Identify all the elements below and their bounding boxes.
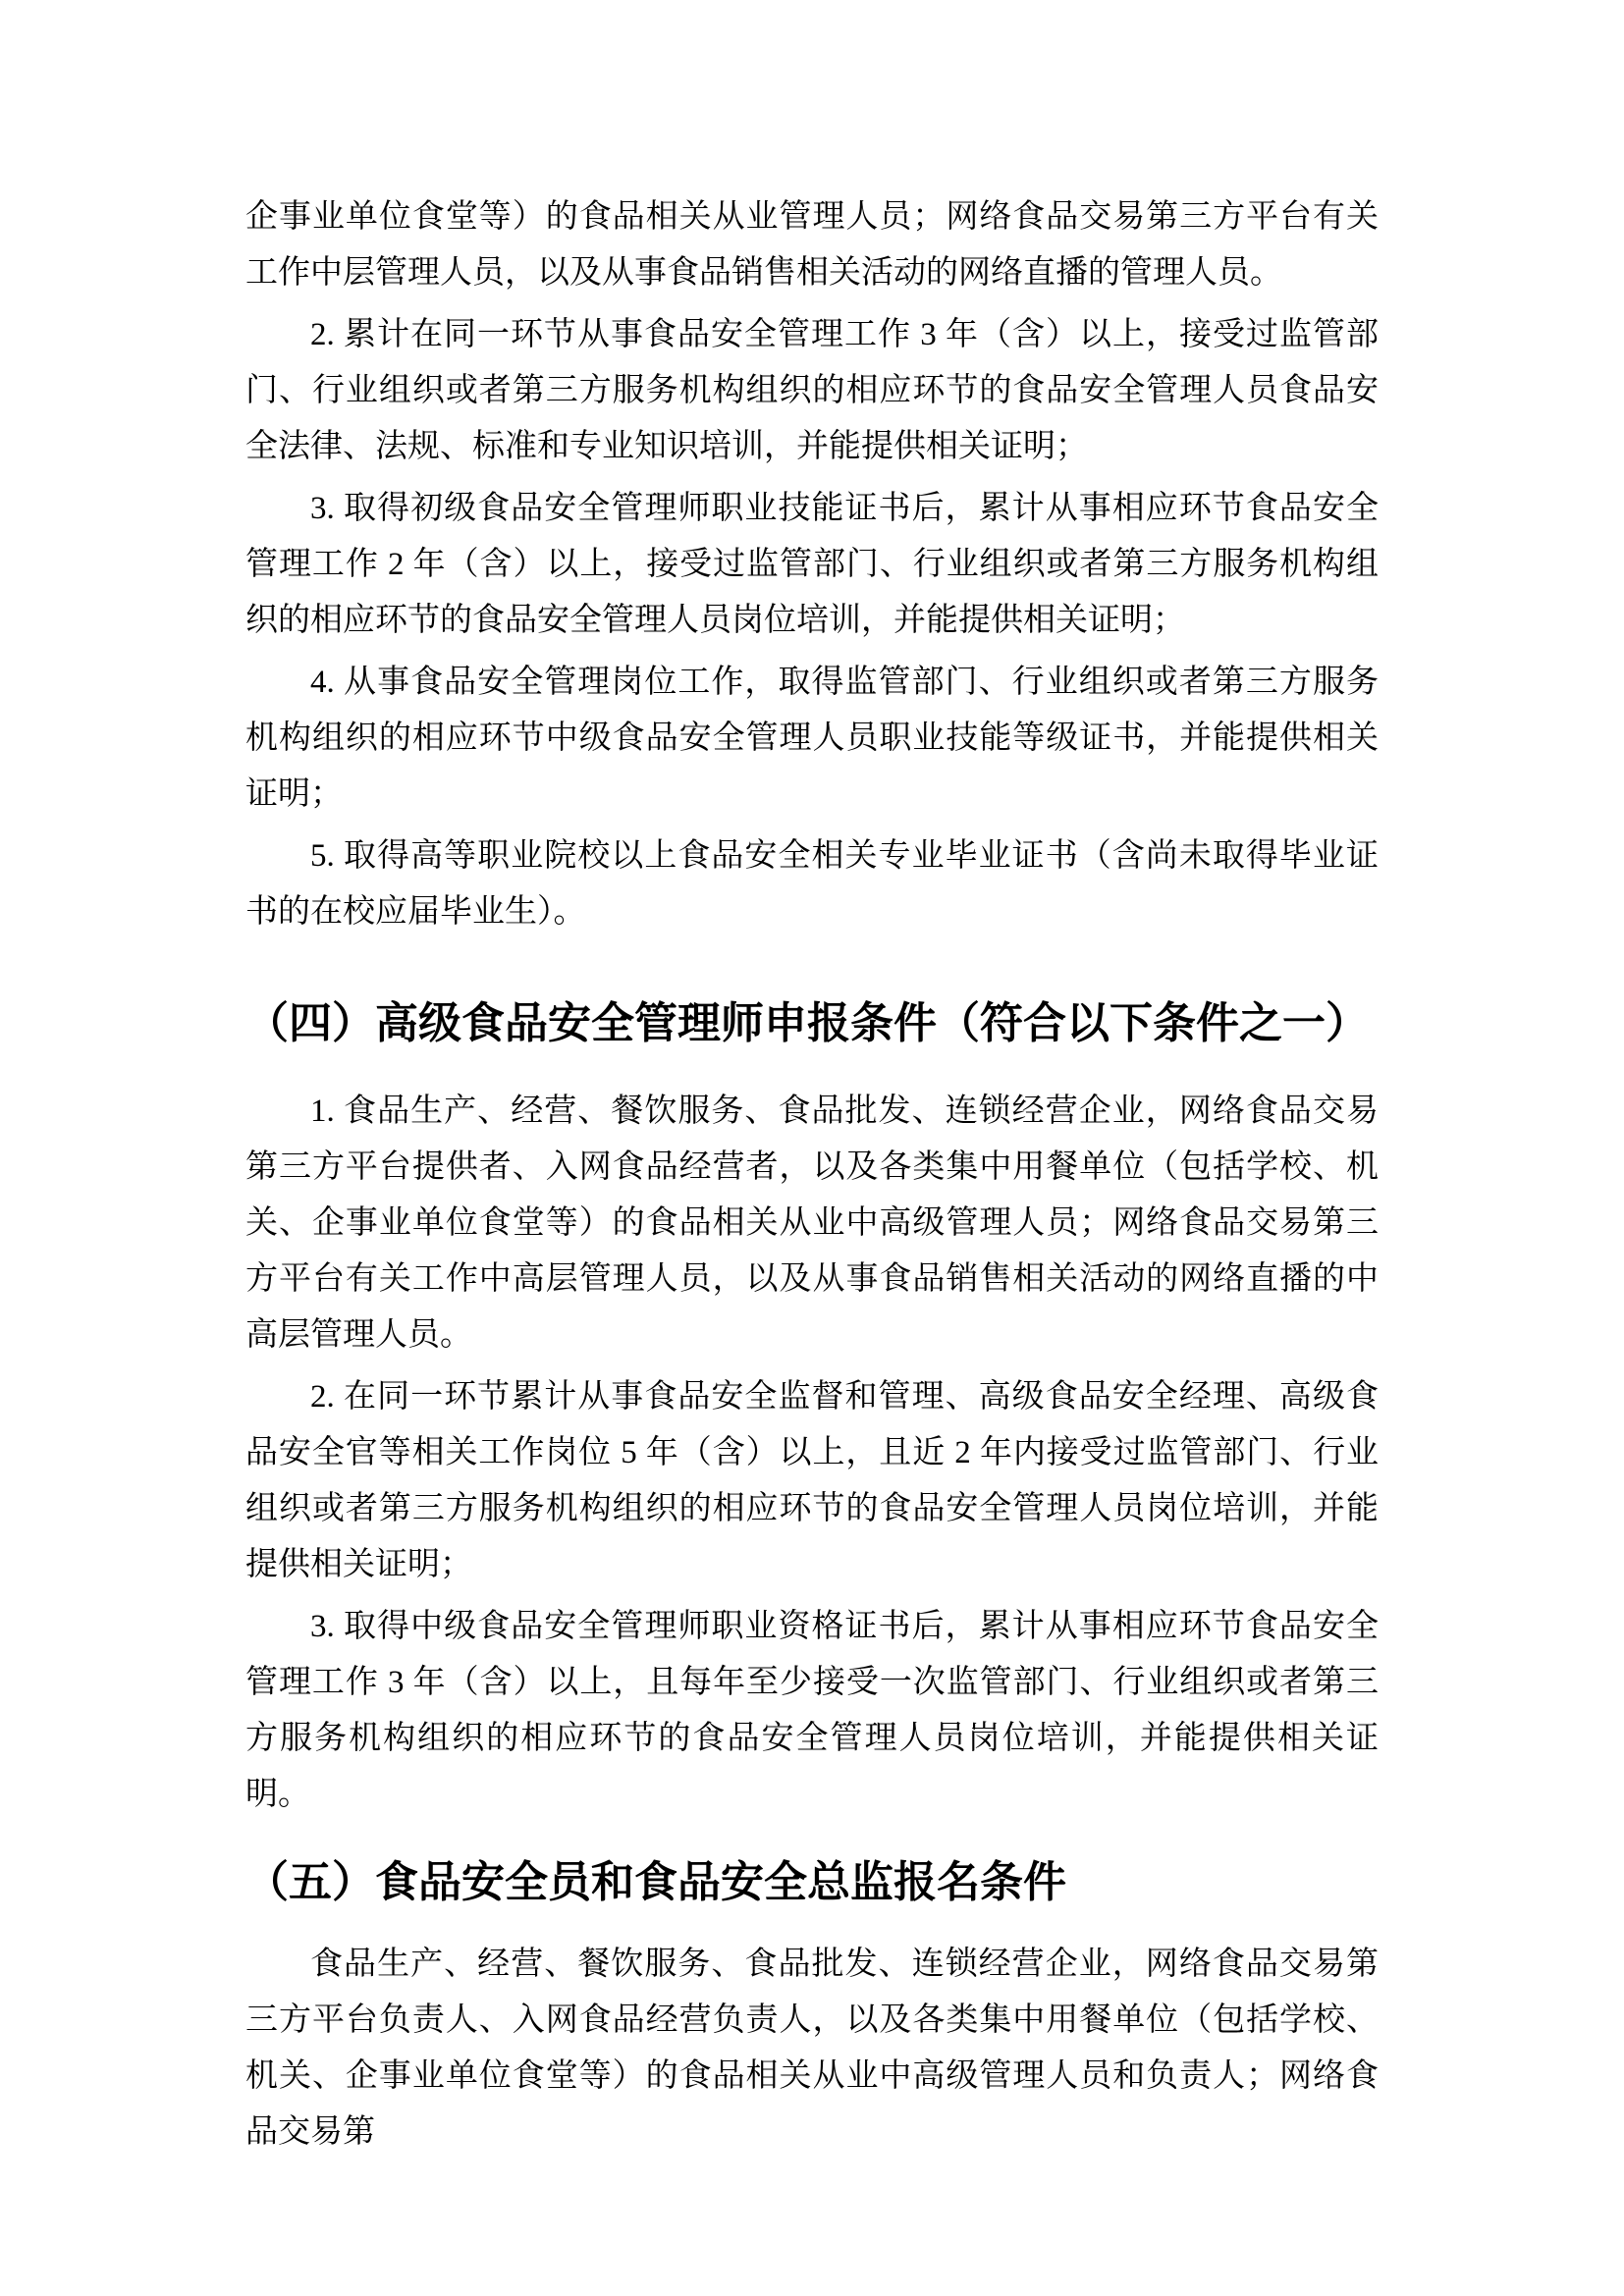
- body-paragraph: 企事业单位食堂等）的食品相关从业管理人员；网络食品交易第三方平台有关工作中层管理…: [245, 189, 1379, 301]
- body-paragraph: 1. 食品生产、经营、餐饮服务、食品批发、连锁经营企业，网络食品交易第三方平台提…: [245, 1084, 1379, 1363]
- document-page: 企事业单位食堂等）的食品相关从业管理人员；网络食品交易第三方平台有关工作中层管理…: [0, 0, 1624, 2296]
- body-paragraph: 食品生产、经营、餐饮服务、食品批发、连锁经营企业，网络食品交易第三方平台负责人、…: [245, 1937, 1379, 2161]
- section-heading-4: （四）高级食品安全管理师申报条件（符合以下条件之一）: [245, 991, 1379, 1056]
- body-paragraph: 3. 取得初级食品安全管理师职业技能证书后，累计从事相应环节食品安全管理工作 2…: [245, 481, 1379, 649]
- body-paragraph: 2. 在同一环节累计从事食品安全监督和管理、高级食品安全经理、高级食品安全官等相…: [245, 1369, 1379, 1593]
- body-paragraph: 3. 取得中级食品安全管理师职业资格证书后，累计从事相应环节食品安全管理工作 3…: [245, 1599, 1379, 1823]
- body-paragraph: 2. 累计在同一环节从事食品安全管理工作 3 年（含）以上，接受过监管部门、行业…: [245, 307, 1379, 475]
- body-paragraph: 4. 从事食品安全管理岗位工作，取得监管部门、行业组织或者第三方服务机构组织的相…: [245, 655, 1379, 823]
- section-heading-5: （五）食品安全员和食品安全总监报名条件: [245, 1850, 1379, 1915]
- body-paragraph: 5. 取得高等职业院校以上食品安全相关专业毕业证书（含尚未取得毕业证书的在校应届…: [245, 828, 1379, 940]
